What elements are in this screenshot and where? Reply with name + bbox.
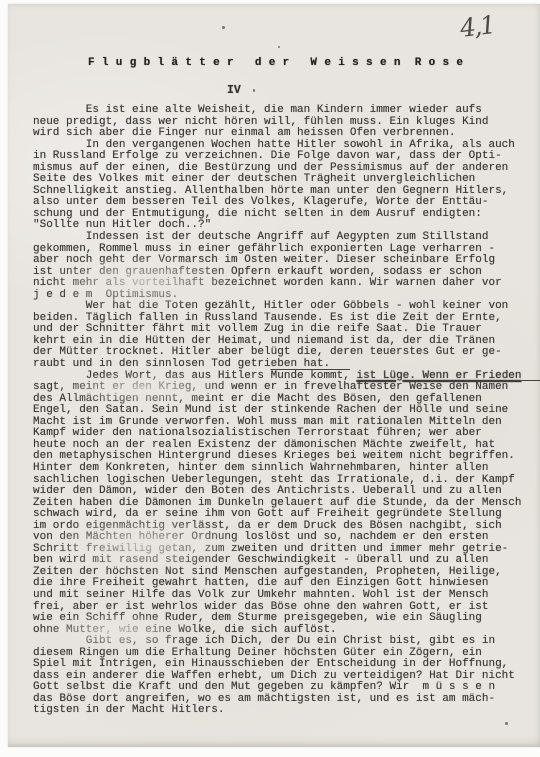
document-line: wider den Dämon, wider den Boten des Ant…	[33, 486, 535, 498]
scan-speck	[222, 26, 225, 29]
document-line: Gibt es, so frage ich Dich, der Du ein C…	[33, 636, 535, 648]
scan-speck	[278, 46, 280, 48]
document-text: Jedes Wort, das aus Hitlers	[33, 370, 271, 382]
document-line: in Russland Erfolge zu verzeichnen. Die …	[33, 151, 535, 163]
document-line: Es ist eine alte Weisheit, die man Kinde…	[33, 105, 535, 117]
scan-speck	[253, 89, 255, 92]
scanned-page: 4,1 F l u g b l ä t t e r d e r W e i s …	[8, 4, 540, 747]
scan-speck	[505, 722, 508, 725]
document-line: schwach wird, da er seine ihm von Gott a…	[33, 509, 535, 521]
document-line: sagt, meint er den Krieg, und wenn er in…	[33, 382, 535, 394]
document-line: Hinter dem Konkreten, hinter dem sinnlic…	[33, 463, 535, 475]
handwritten-page-number: 4,1	[458, 10, 495, 43]
document-line: wie ein Schiff ohne Ruder, dem Sturme pr…	[33, 613, 535, 625]
document-line: wird sich aber die Finger nur einmal am …	[33, 128, 535, 140]
document-line: aber noch geht der Vormarsch im Osten we…	[33, 255, 535, 267]
document-line: tigsten in der Macht Hitlers.	[33, 705, 535, 717]
document-line: und mit seiner Hilfe das Volk zur Umkehr…	[33, 590, 535, 602]
pen-marked-text: ist Lüge. Wenn er Frieden	[356, 370, 521, 382]
document-line: Indessen ist der deutsche Angriff auf Ae…	[33, 232, 535, 244]
leaflet-title: F l u g b l ä t t e r d e r W e i s s e …	[88, 57, 463, 69]
pen-underline-extension	[522, 371, 540, 381]
pen-marked-text: Munde kommt,	[271, 370, 350, 382]
leaflet-body: Es ist eine alte Weisheit, die man Kinde…	[33, 105, 535, 717]
leaflet-numeral: IV	[227, 84, 241, 97]
